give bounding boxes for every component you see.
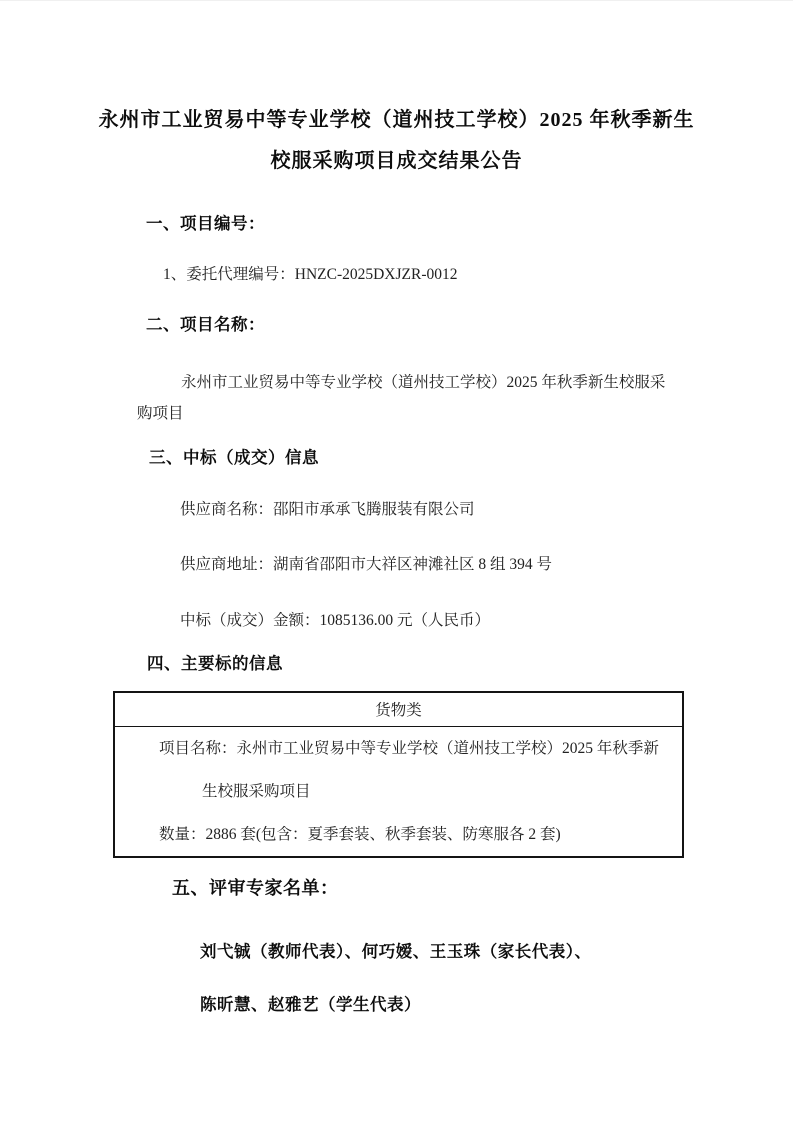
section-heading-expert-list: 五、评审专家名单： bbox=[172, 877, 339, 900]
page-title-line-1: 永州市工业贸易中等专业学校（道州技工学校）2025 年秋季新生 bbox=[0, 100, 793, 141]
supplier-name: 供应商名称：邵阳市承承飞腾服装有限公司 bbox=[180, 499, 475, 521]
section-heading-award-info: 三、中标（成交）信息 bbox=[149, 447, 319, 468]
experts-line-1: 刘弋铖（教师代表）、何巧嫒、王玉珠（家长代表）、 bbox=[200, 940, 592, 964]
project-name-line-2: 购项目 bbox=[137, 398, 686, 429]
goods-table-body-cell: 项目名称：永州市工业贸易中等专业学校（道州技工学校）2025 年秋季新 生校服采… bbox=[115, 727, 682, 856]
goods-table: 货物类 项目名称：永州市工业贸易中等专业学校（道州技工学校）2025 年秋季新 … bbox=[113, 691, 684, 858]
section-heading-project-name: 二、项目名称： bbox=[146, 314, 265, 335]
project-name-paragraph: 永州市工业贸易中等专业学校（道州技工学校）2025 年秋季新生校服采 购项目 bbox=[137, 367, 686, 429]
page-title-line-2: 校服采购项目成交结果公告 bbox=[0, 141, 793, 182]
agency-number-item: 1、委托代理编号：HNZC-2025DXJZR-0012 bbox=[163, 264, 458, 286]
experts-line-2: 陈昕慧、赵雅艺（学生代表） bbox=[200, 993, 421, 1017]
goods-table-category-header: 货物类 bbox=[115, 693, 682, 727]
section-heading-main-subject-info: 四、主要标的信息 bbox=[147, 653, 283, 674]
project-name-line-1: 永州市工业贸易中等专业学校（道州技工学校）2025 年秋季新生校服采 bbox=[137, 367, 686, 398]
table-project-name-line-2: 生校服采购项目 bbox=[159, 770, 678, 813]
supplier-address: 供应商地址：湖南省邵阳市大祥区神滩社区 8 组 394 号 bbox=[180, 554, 552, 576]
page-title: 永州市工业贸易中等专业学校（道州技工学校）2025 年秋季新生 校服采购项目成交… bbox=[0, 100, 793, 182]
section-heading-project-number: 一、项目编号： bbox=[146, 213, 265, 234]
table-project-name-line-1: 项目名称：永州市工业贸易中等专业学校（道州技工学校）2025 年秋季新 bbox=[159, 727, 678, 770]
award-amount: 中标（成交）金额：1085136.00 元（人民币） bbox=[180, 610, 490, 632]
document-page: 永州市工业贸易中等专业学校（道州技工学校）2025 年秋季新生 校服采购项目成交… bbox=[0, 0, 793, 1122]
table-quantity-row: 数量：2886 套(包含：夏季套装、秋季套装、防寒服各 2 套) bbox=[159, 813, 678, 856]
